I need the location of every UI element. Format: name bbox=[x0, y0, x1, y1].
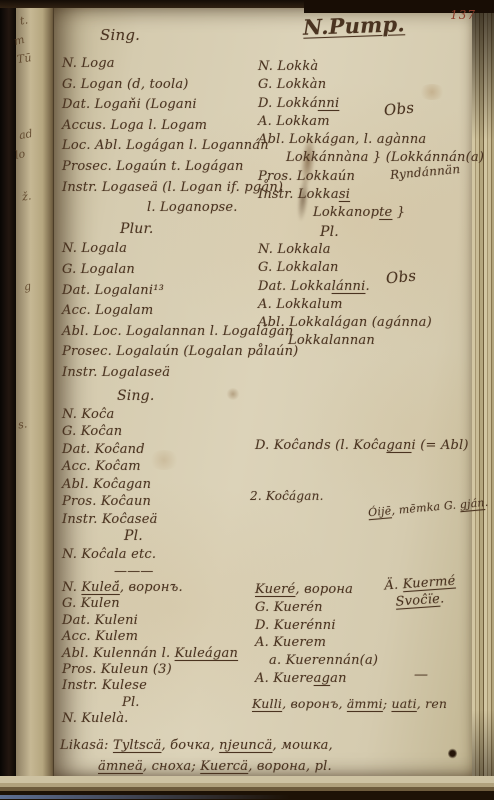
manuscript-line: D. Kuerénni bbox=[255, 617, 378, 635]
right-column-kuere: Kueré, воронаG. KuerénD. KuerénniA. Kuer… bbox=[255, 581, 378, 688]
previous-page-text-fragment: lo bbox=[14, 147, 27, 162]
manuscript-line: Óijē, mēmka G. gján. bbox=[367, 493, 489, 522]
right-column-lokka: N. LokkàG. LokkànD. LokkánniA. LokkamAbl… bbox=[258, 58, 484, 351]
manuscript-line: Kulli, воронъ, ämmi; uati, ren bbox=[252, 694, 447, 713]
manuscript-line: G. Kuerén bbox=[255, 599, 378, 617]
manuscript-line: G. Koĉan bbox=[62, 423, 158, 441]
manuscript-line: Lokkanopte } bbox=[258, 204, 484, 222]
manuscript-line: Svoĉïe. bbox=[385, 590, 457, 612]
previous-page-text-fragment: g bbox=[23, 279, 32, 293]
left-footer-likasa: Likasä: Tyltscä, бочка, njeuncä, мошка,ä… bbox=[60, 735, 333, 777]
manuscript-line: A. Lokkalum bbox=[258, 296, 484, 314]
manuscript-line: Abl. Lokkágan, l. agànna bbox=[258, 131, 484, 149]
manuscript-line: Abl. Lokkalágan (agánna) bbox=[258, 314, 484, 332]
manuscript-line: ——— bbox=[62, 563, 158, 581]
book-page-photo: 137 Sing.N. LogaG. Logan (d, toola)Dat. … bbox=[0, 0, 494, 800]
left-column-koca: Sing.N. KoĉaG. KoĉanDat. KoĉandAcc. Koĉa… bbox=[62, 388, 158, 581]
manuscript-line: N. Koĉa bbox=[62, 406, 158, 424]
manuscript-line: — bbox=[414, 666, 428, 685]
right-note-kuerme: Ä. KuerméSvoĉïe. bbox=[384, 573, 457, 612]
manuscript-line: Kueré, ворона bbox=[255, 581, 378, 599]
manuscript-line: Pros. Koĉaun bbox=[62, 493, 158, 511]
manuscript-line: Obs bbox=[385, 266, 417, 288]
previous-page-text-fragment: ž. bbox=[21, 189, 32, 203]
manuscript-line: Likasä: Tyltscä, бочка, njeuncä, мошка, bbox=[60, 735, 333, 756]
previous-page-text-fragment: t. bbox=[19, 13, 29, 27]
manuscript-line: a. Kuerennán(a) bbox=[255, 652, 378, 670]
manuscript-line: Dat. Koĉand bbox=[62, 441, 158, 459]
manuscript-line: N. Lokkala bbox=[258, 241, 484, 259]
manuscript-line: D. Lokkánni bbox=[258, 95, 484, 113]
note-obs-2: Obs bbox=[385, 266, 417, 288]
note-obs-1: Obs bbox=[383, 98, 415, 120]
left-heading-sing: Sing. bbox=[100, 26, 140, 45]
manuscript-line: Instr. Koĉaseä bbox=[62, 511, 158, 529]
manuscript-line: Pl. bbox=[62, 695, 238, 711]
manuscript-line: Abl. Koĉagan bbox=[62, 476, 158, 494]
manuscript-line: Lokkalannan bbox=[258, 332, 484, 350]
previous-page-text-fragment: ad bbox=[18, 127, 34, 142]
manuscript-line: G. Lokkàn bbox=[258, 76, 484, 94]
manuscript-line: Dat. Kuleni bbox=[62, 613, 238, 629]
manuscript-line: A. Kuereagan bbox=[255, 670, 378, 688]
manuscript-line: G. Kulen bbox=[62, 596, 238, 612]
manuscript-line: A. Kuerem bbox=[255, 634, 378, 652]
manuscript-line: N. Kuleä́, воронъ. bbox=[62, 580, 238, 596]
manuscript-line: Sing. bbox=[100, 26, 140, 45]
manuscript-line: Acc. Kulem bbox=[62, 629, 238, 645]
manuscript-line: Instr. Lokkasi bbox=[258, 186, 484, 204]
manuscript-line: N. Kulelà. bbox=[62, 711, 238, 727]
right-note-kocagan: 2. Koĉágan. bbox=[250, 487, 324, 506]
right-footer-kulli: Kulli, воронъ, ämmi; uati, ren bbox=[252, 694, 447, 713]
previous-page-text-fragment: m bbox=[13, 33, 26, 48]
manuscript-line: Acc. Koĉam bbox=[62, 458, 158, 476]
manuscript-line: Pl. bbox=[62, 528, 158, 546]
manuscript-line: Pl. bbox=[258, 223, 484, 241]
right-heading-pump: N.Pump. bbox=[303, 14, 405, 37]
previous-page-text-fragment: s. bbox=[17, 417, 28, 431]
manuscript-line: Instr. Kulese bbox=[62, 678, 238, 694]
manuscript-line: Pros. Kuleun (3) bbox=[62, 662, 238, 678]
manuscript-line: Obs bbox=[383, 98, 415, 120]
manuscript-line: ämneä, сноха; Kuercä, ворона, pl. bbox=[60, 756, 333, 777]
manuscript-line: Sing. bbox=[62, 388, 158, 406]
manuscript-line: Dat. Lokkalánni. bbox=[258, 278, 484, 296]
right-note-kocands: D. Koĉands (l. Koĉagani (= Abl) bbox=[255, 436, 469, 455]
previous-page-text-fragment: Tū bbox=[16, 51, 32, 66]
manuscript-line: Abl. Kulennán l. Kuleágan bbox=[62, 646, 238, 662]
manuscript-line: Instr. Logalaseä bbox=[62, 363, 298, 384]
manuscript-line: N. Koĉala etc. bbox=[62, 546, 158, 564]
manuscript-line: D. Koĉands (l. Koĉagani (= Abl) bbox=[255, 436, 469, 455]
note-dash: — bbox=[414, 666, 428, 685]
right-note-oije: Óijē, mēmka G. gján. bbox=[367, 493, 489, 522]
manuscript-line: N. Lokkà bbox=[258, 58, 484, 76]
manuscript-line: 2. Koĉágan. bbox=[250, 487, 324, 506]
left-column-kule: N. Kuleä́, воронъ.G. KulenDat. KuleniAcc… bbox=[62, 580, 238, 728]
manuscript-line: N.Pump. bbox=[303, 14, 405, 37]
manuscript-content: Sing.N. LogaG. Logan (d, toola)Dat. Loga… bbox=[0, 0, 494, 800]
manuscript-line: A. Lokkam bbox=[258, 113, 484, 131]
manuscript-line: G. Lokkalan bbox=[258, 259, 484, 277]
